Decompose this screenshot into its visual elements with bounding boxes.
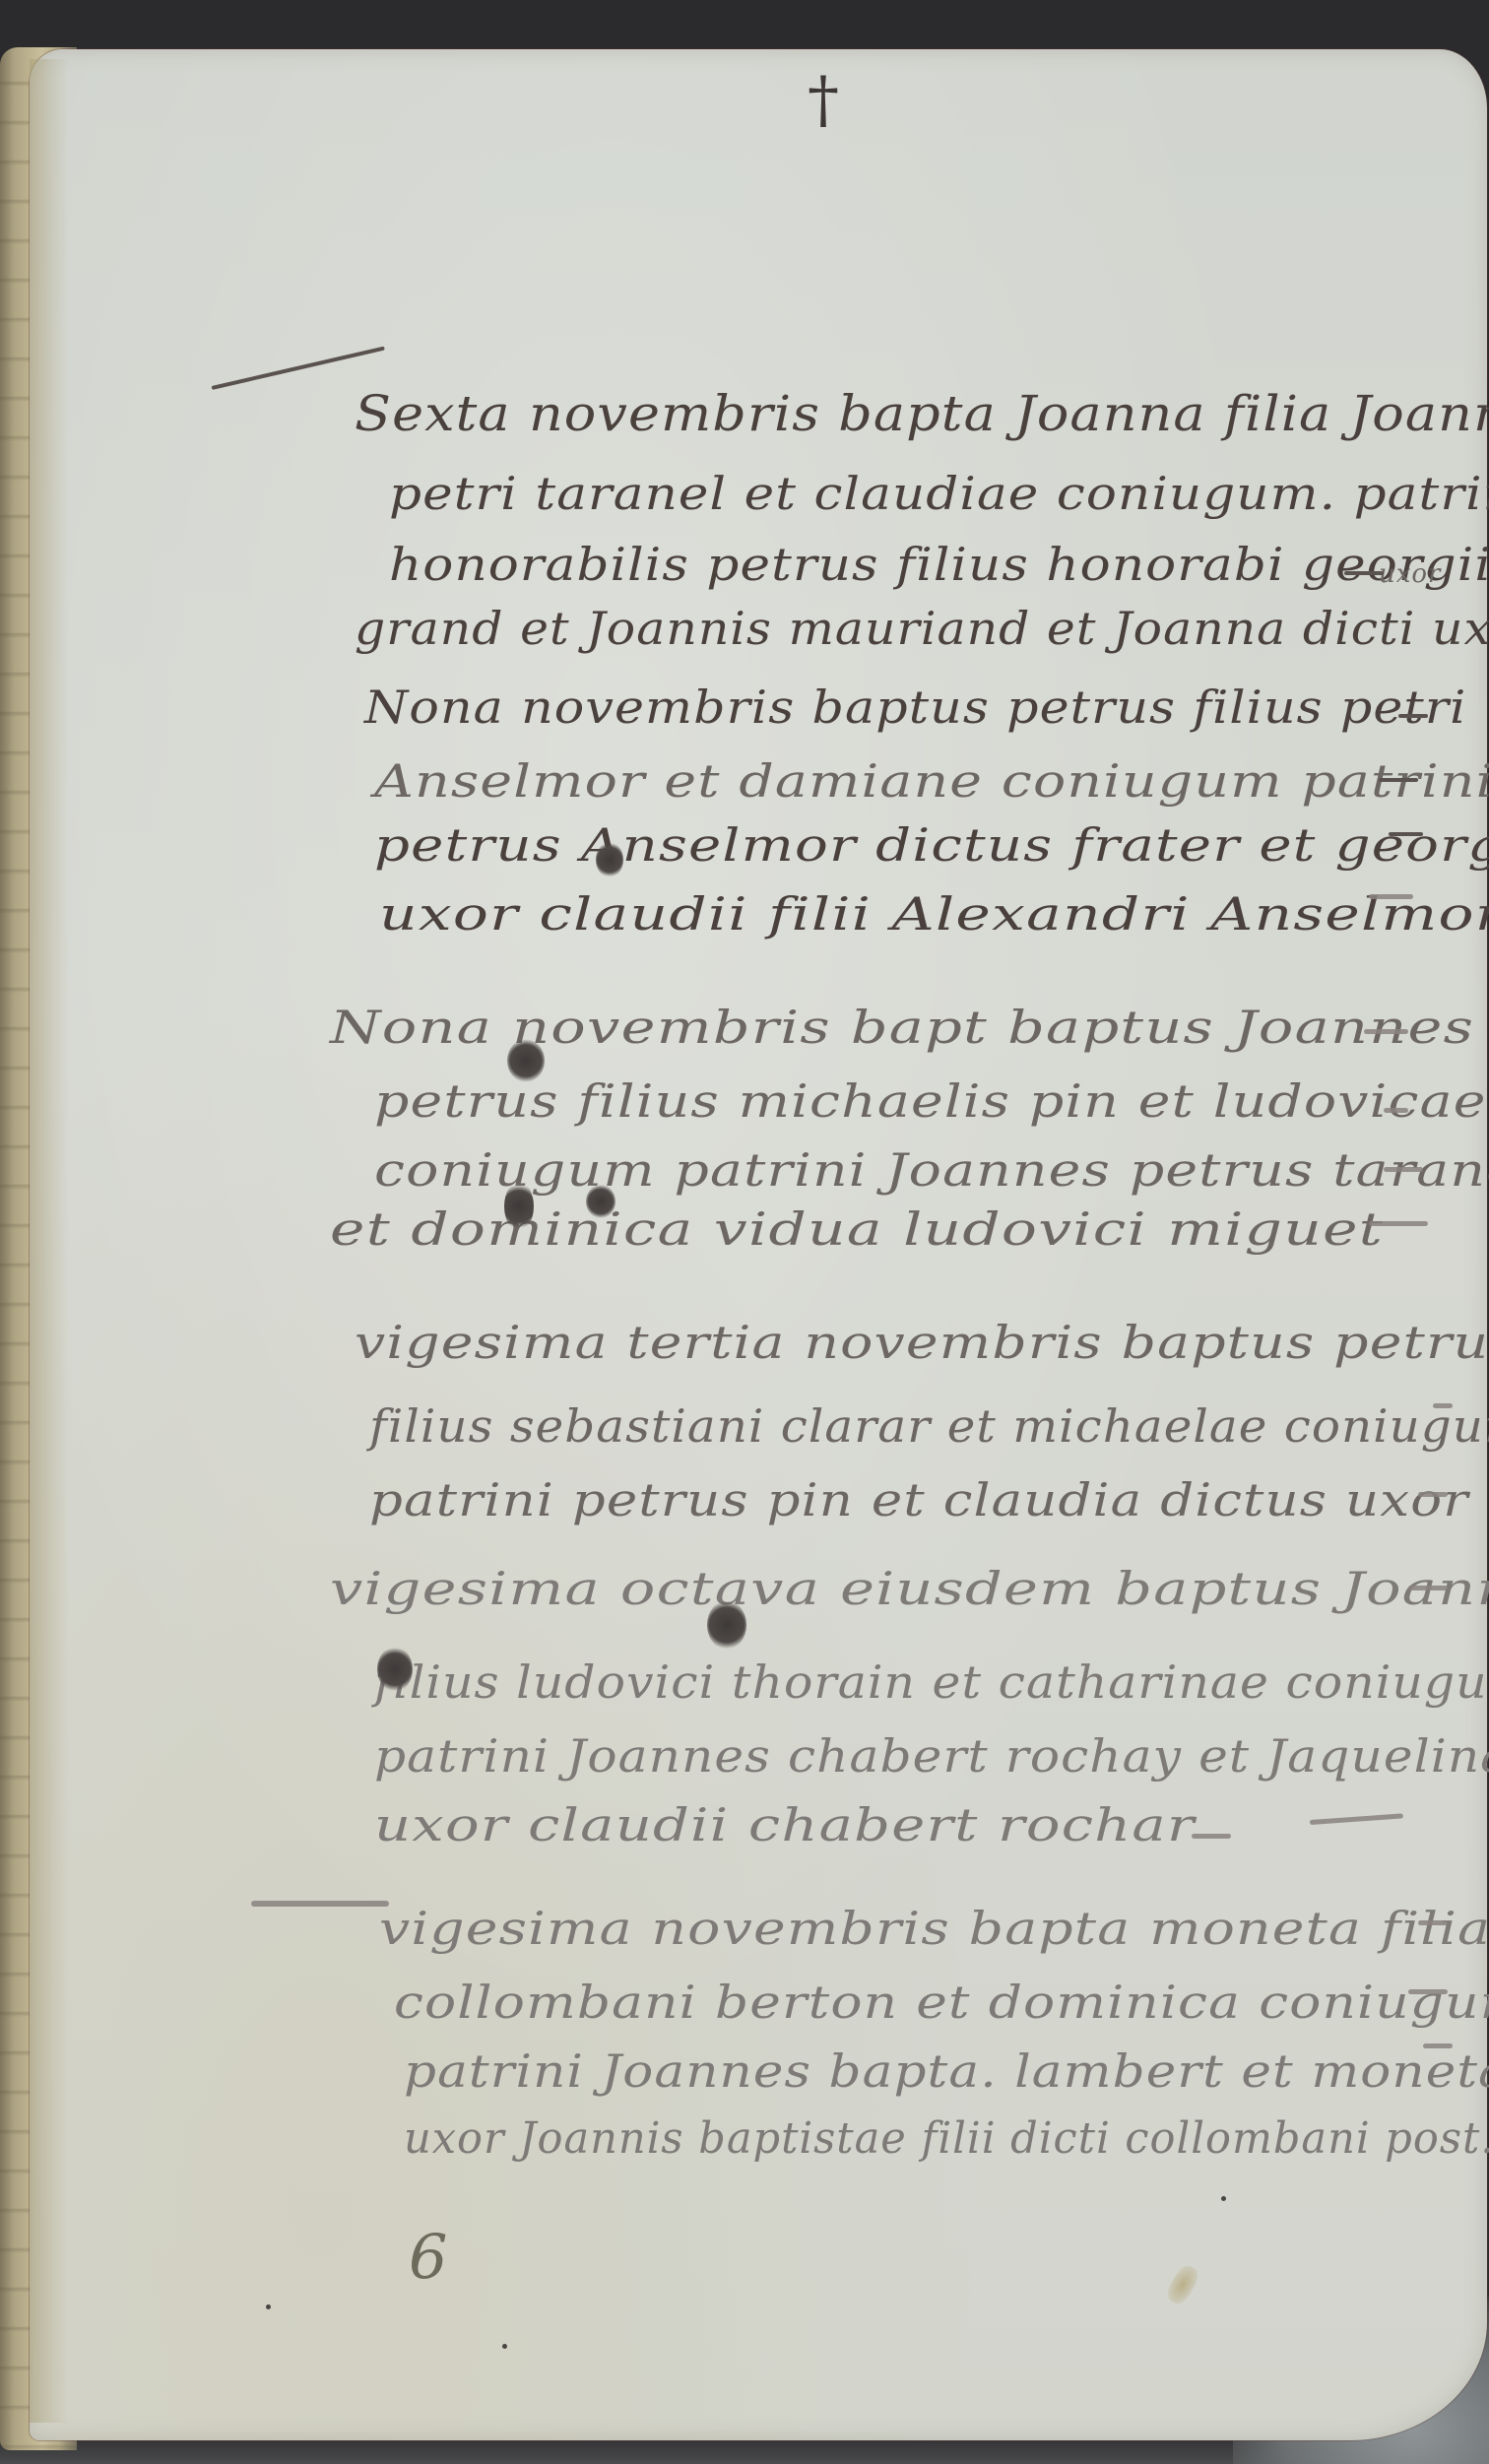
margin-pointer-stroke [251, 1901, 389, 1907]
entry-2-line-4: uxor claudii filii Alexandri Anselmor [379, 891, 1489, 937]
entry-5-line-2: filius ludovici thorain et catharinae co… [374, 1659, 1489, 1705]
entry-1-line-2: petri taranel et claudiae coniugum. patr… [389, 471, 1489, 516]
entry-2-line-3: petrus Anselmor dictus frater et georgia [374, 822, 1489, 868]
paper-speck [266, 2304, 271, 2309]
entry-6-line-3: patrini Joannes bapta. lambert et moneta [404, 2048, 1489, 2094]
entry-1-line-1: Sexta novembris bapta Joanna filia Joann… [355, 389, 1489, 438]
page-number: 6 [409, 2221, 447, 2293]
line-filler-stroke [1418, 1920, 1448, 1925]
ink-blot [377, 1647, 413, 1692]
ink-blot [707, 1600, 746, 1650]
line-filler-stroke [1369, 1221, 1428, 1226]
line-filler-stroke [1418, 1492, 1448, 1497]
line-filler-stroke [1344, 571, 1384, 575]
line-filler-stroke [1408, 1989, 1448, 1994]
entry-3-line-2: petrus filius michaelis pin et ludovicae [374, 1078, 1487, 1124]
entry-6-line-2: collombani berton et dominica coniugum [394, 1979, 1489, 2025]
line-filler-stroke [1423, 2043, 1453, 2048]
entry-3-line-1: Nona novembris bapt baptus Joannes [330, 1005, 1474, 1050]
line-filler-stroke [1408, 1586, 1448, 1590]
entry-4-line-2: filius sebastiani clarar et michaelae co… [369, 1403, 1489, 1449]
entry-5-line-3: patrini Joannes chabert rochay et Jaquel… [374, 1733, 1489, 1779]
line-filler-stroke [1384, 1108, 1408, 1113]
entry-4-line-3: patrini petrus pin et claudia dictus uxo… [369, 1477, 1469, 1523]
line-filler-stroke [1364, 1029, 1408, 1034]
line-filler-stroke [1389, 832, 1423, 836]
header-cross-mark: † [808, 64, 839, 137]
paper-speck [1221, 2196, 1226, 2201]
ink-blot [586, 1185, 615, 1218]
margin-note-uxor: uxor [1379, 559, 1442, 589]
entry-6-line-4: uxor Joannis baptistae filii dicti collo… [404, 2117, 1489, 2161]
ink-blot [596, 842, 623, 877]
entry-6-line-1: vigesima novembris bapta moneta filia [379, 1906, 1489, 1951]
entry-1-line-4: grand et Joannis mauriand et Joanna dict… [355, 606, 1489, 651]
entry-2-line-2: Anselmor et damiane coniugum patrini [374, 758, 1489, 804]
entry-3-line-4: et dominica vidua ludovici miguet [330, 1206, 1384, 1252]
line-filler-stroke [1379, 778, 1418, 782]
entry-3-line-3: coniugum patrini Joannes petrus taranel [374, 1147, 1489, 1193]
ink-blot [507, 1039, 545, 1082]
entry-4-line-1: vigesima tertia novembris baptus petrus [355, 1320, 1489, 1365]
entry-5-line-4: uxor claudii chabert rochar [374, 1802, 1196, 1848]
entry-1-line-3: honorabilis petrus filius honorabi georg… [389, 542, 1489, 587]
line-filler-stroke [1433, 1403, 1453, 1408]
line-filler-stroke [1369, 894, 1413, 899]
line-filler-stroke [1384, 1167, 1423, 1172]
entry-2-line-1: Nona novembris baptus petrus filius petr… [364, 684, 1466, 730]
line-filler-stroke [1192, 1834, 1231, 1839]
line-filler-stroke [1398, 714, 1428, 718]
ink-blot [504, 1182, 534, 1231]
entry-5-line-1: vigesima octava eiusdem baptus Joannes [330, 1566, 1489, 1611]
paper-speck [502, 2344, 507, 2349]
